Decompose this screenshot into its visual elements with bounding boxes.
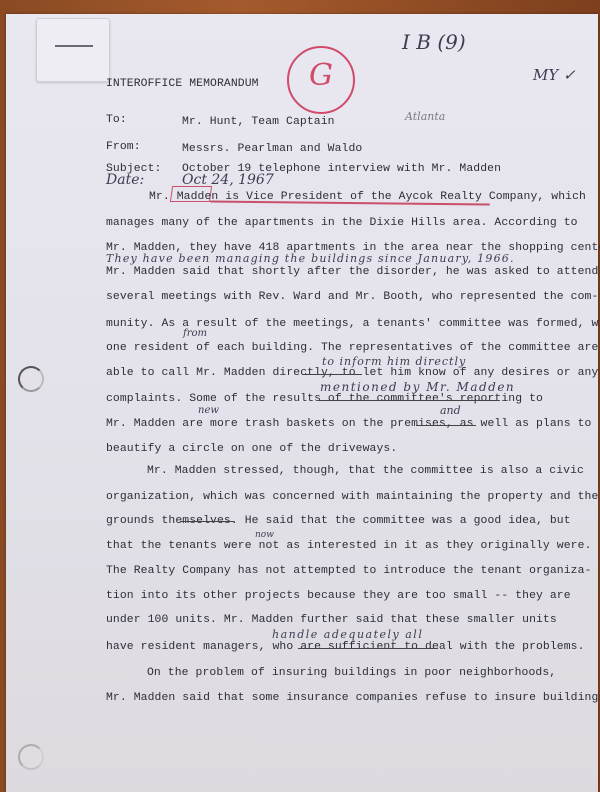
body-line: grounds themselves. He said that the com… [106,515,571,527]
strike-mark [180,521,234,522]
body-line: munity. As a result of the meetings, a t… [106,318,600,330]
interline-insert: They have been managing the buildings si… [106,252,515,265]
body-line: manages many of the apartments in the Di… [106,217,578,229]
body-line: On the problem of insuring buildings in … [147,667,556,679]
body-line: The Realty Company has not attempted to … [106,565,591,577]
strike-mark [302,374,362,375]
body-line: one resident of each building. The repre… [106,342,598,354]
body-line: beautify a circle on one of the driveway… [106,443,397,455]
from-value: Messrs. Pearlman and Waldo [182,143,362,155]
body-line: Mr. Madden said that some insurance comp… [106,692,600,704]
strike-mark [318,400,498,401]
date-label: Date: [106,172,144,188]
file-code-annotation: I B (9) [402,30,466,54]
hole-punch [18,366,44,392]
body-line: Mr. Madden is Vice President of the Ayco… [149,191,586,203]
from-label: From: [106,141,141,153]
body-line: able to call Mr. Madden directly, to let… [106,367,598,379]
index-tab [36,18,110,82]
body-line: Mr. Madden stressed, though, that the co… [147,465,584,477]
body-line: Mr. Madden are more trash baskets on the… [106,418,591,430]
insert-new: new [198,405,219,416]
city-annotation: Atlanta [405,110,445,123]
hole-punch [18,744,44,770]
tab-mark [55,45,93,47]
body-line: organization, which was concerned with m… [106,491,598,503]
body-line: that the tenants were not as interested … [106,540,591,552]
insert-handle: handle adequately all [272,628,423,641]
memo-title: INTEROFFICE MEMORANDUM [106,78,259,90]
body-line: Mr. Madden said that shortly after the d… [106,266,598,278]
body-line: have resident managers, who are sufficie… [106,641,585,653]
body-line: tion into its other projects because the… [106,590,571,602]
insert-mentioned: mentioned by Mr. Madden [320,380,515,394]
to-value: Mr. Hunt, Team Captain [182,116,335,128]
strike-mark [298,648,438,649]
insert-from: from [183,328,207,339]
circled-letter-annotation: G [287,46,355,114]
insert-now: now [255,530,274,540]
body-line: under 100 units. Mr. Madden further said… [106,614,557,626]
initials-annotation: MY ✓ [533,66,576,84]
body-line: complaints. Some of the results of the c… [106,393,543,405]
to-label: To: [106,114,127,126]
strike-mark [416,425,476,426]
insert-and: and [440,404,461,417]
circled-letter: G [289,58,353,93]
body-line: several meetings with Rev. Ward and Mr. … [106,291,598,303]
